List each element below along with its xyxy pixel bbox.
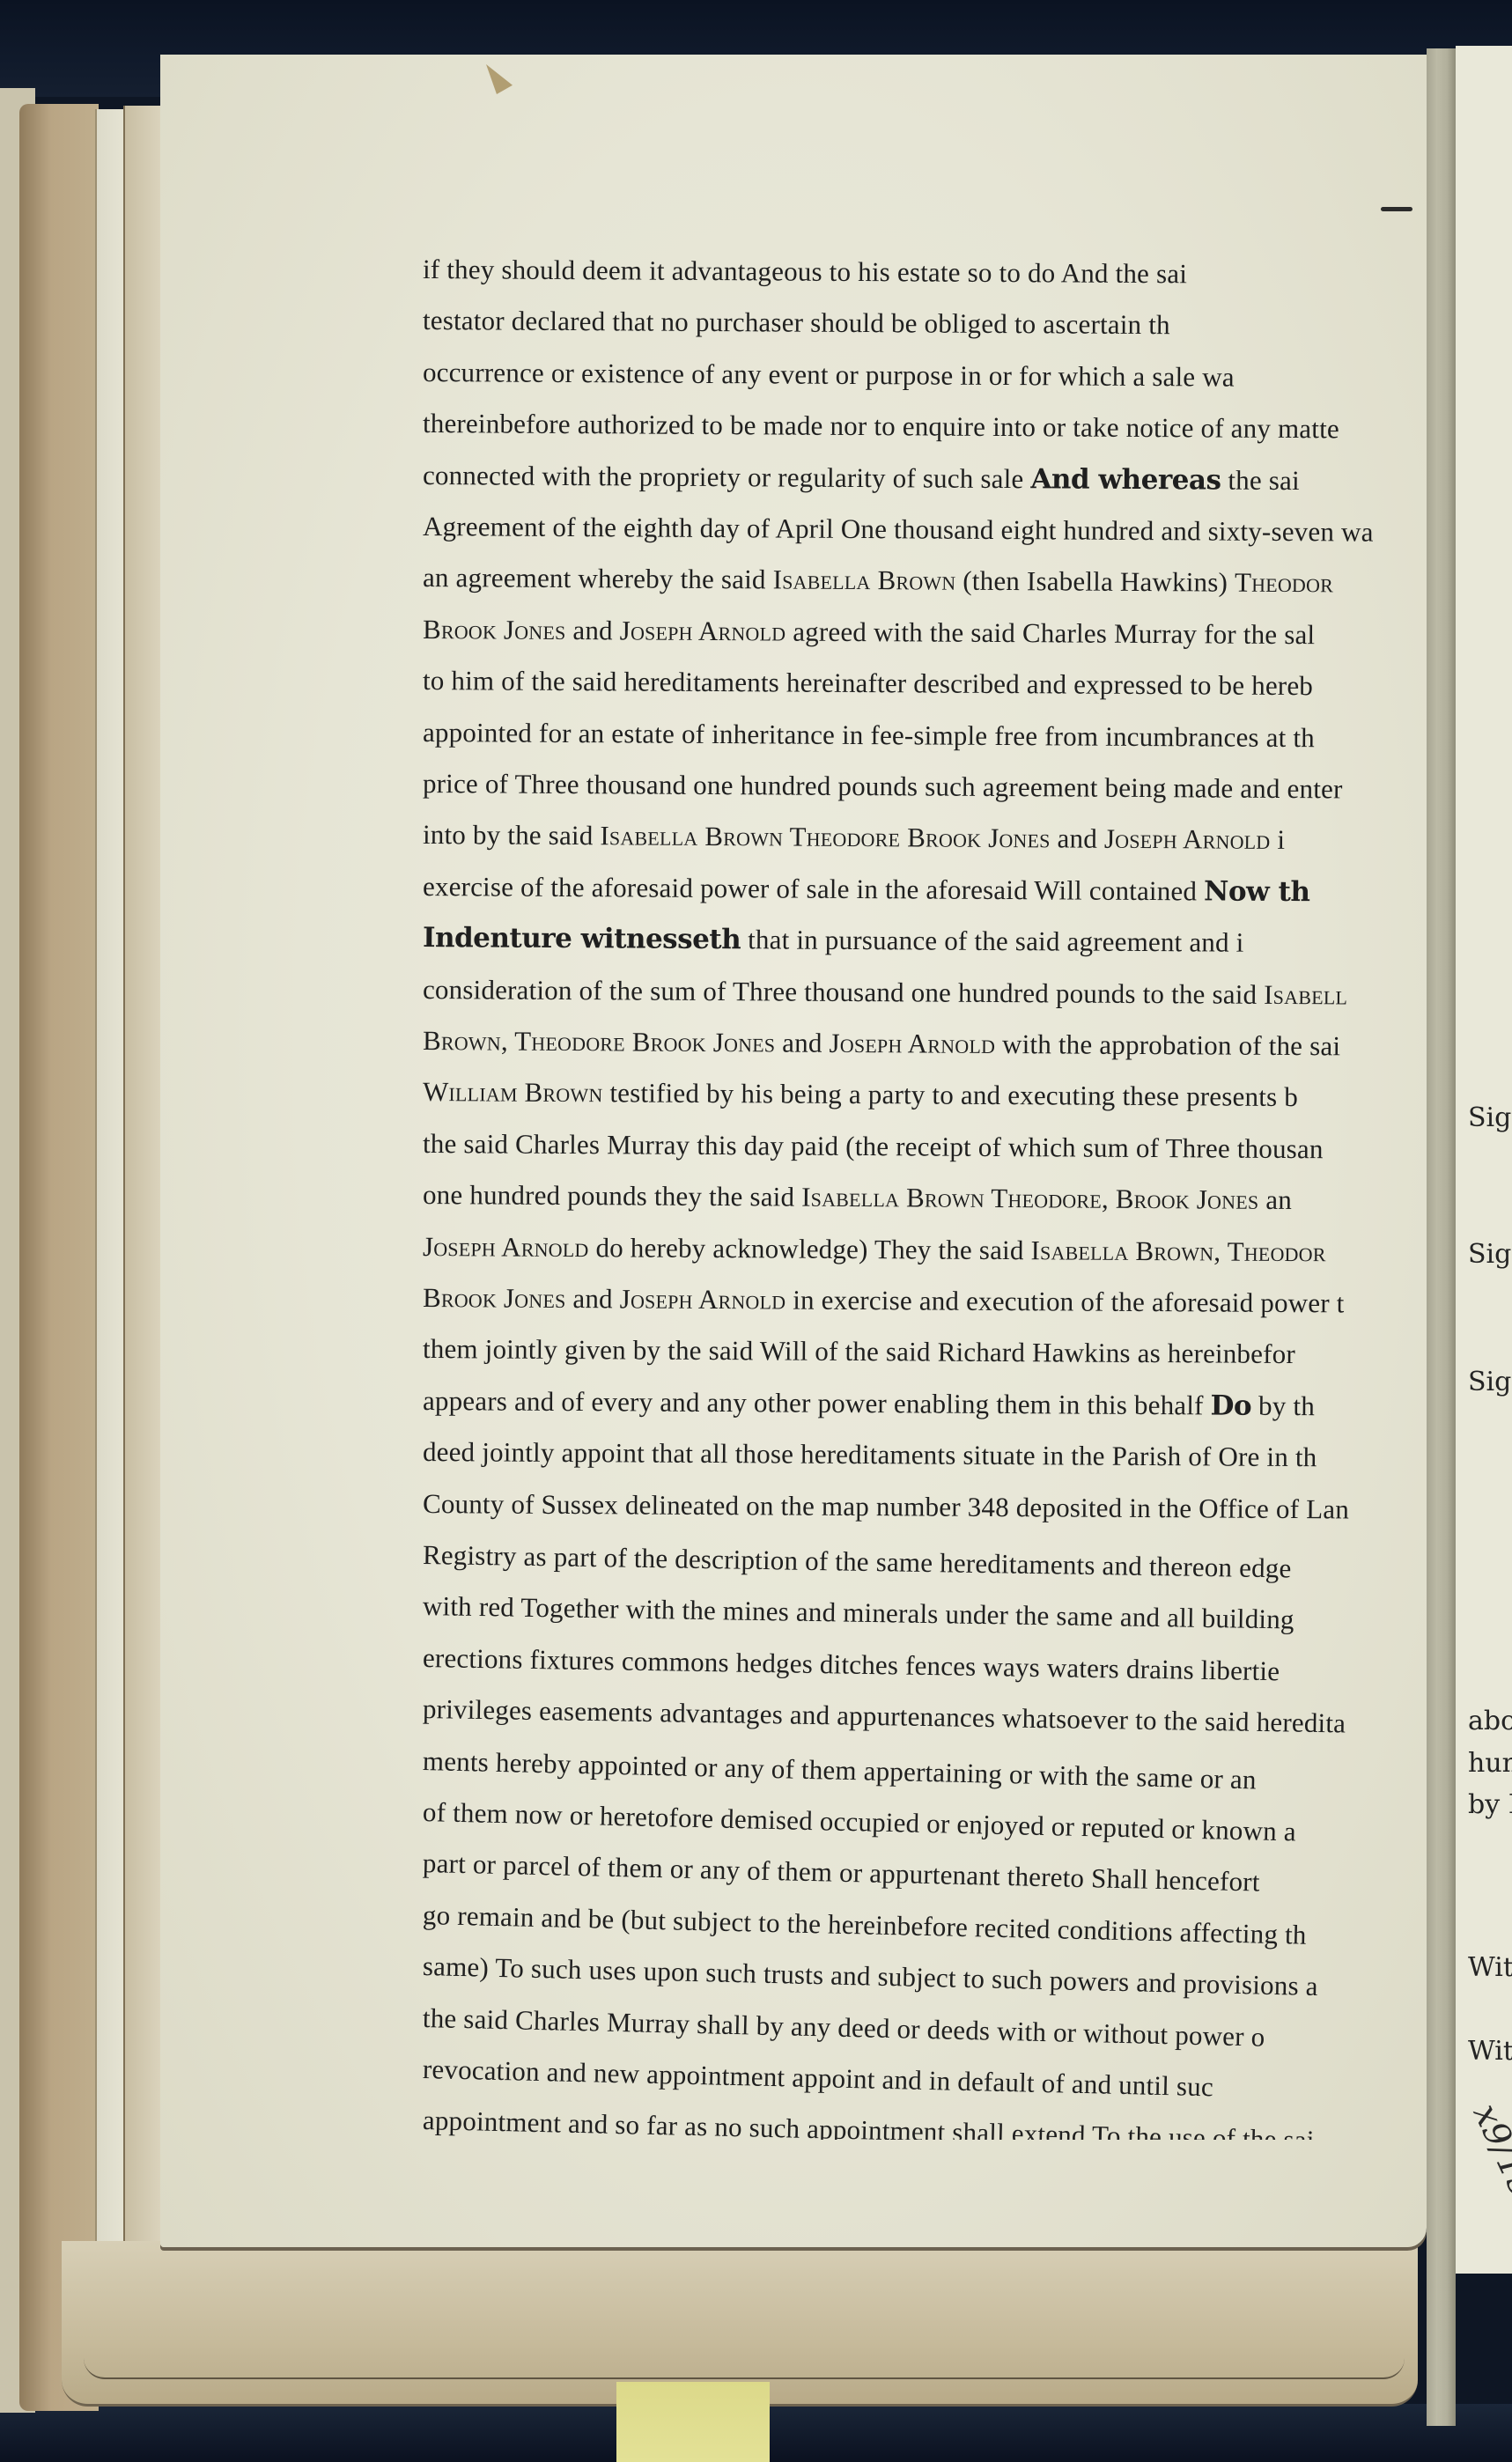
text-line: consideration of the sum of Three thousa… [423,974,1347,1011]
text-run: (then Isabella Hawkins) [955,565,1235,598]
text-run: same) To such uses upon such trusts and … [423,1950,1318,2001]
document-body-text: if they should deem it advantageous to h… [423,247,1427,2140]
text-run: Agreement of the eighth day of April One… [423,511,1374,548]
party-name: Brown, Theodore Brook Jones [423,1025,775,1058]
text-line: William Brown testified by his being a p… [423,1076,1298,1113]
adjacent-page-fragment: hun [1468,1748,1512,1779]
text-run: testified by his being a party to and ex… [602,1078,1298,1113]
text-run: to him of the said hereditaments hereina… [423,665,1313,701]
party-name: Isabell [1264,978,1347,1010]
text-run: by th [1251,1390,1315,1421]
text-run: privileges easements advantages and appu… [423,1693,1346,1738]
text-run: and [1051,823,1104,854]
text-run: with red Together with the mines and min… [423,1590,1294,1635]
party-name: Joseph Arnold [423,1231,589,1263]
text-run: an [1258,1184,1292,1215]
ink-mark [1381,207,1412,211]
text-run: agreed with the said Charles Murray for … [786,615,1315,650]
text-line: erections fixtures commons hedges ditche… [423,1642,1280,1687]
text-line: go remain and be (but subject to the her… [423,1899,1307,1951]
text-run: connected with the propriety or regulari… [423,460,1030,494]
text-line: into by the said Isabella Brown Theodore… [423,819,1285,856]
party-name: Brook Jones [423,614,566,645]
text-run: them jointly given by the said Will of t… [423,1333,1295,1369]
text-line: the said Charles Murray this day paid (t… [423,1128,1324,1165]
text-run: occurrence or existence of any event or … [423,357,1235,393]
text-line: if they should deem it advantageous to h… [423,254,1187,290]
text-run: do hereby acknowledge) They the said [588,1232,1030,1265]
page-stack-edge [19,104,99,2411]
text-run: that in pursuance of the said agreement … [741,924,1244,957]
party-name: Isabella Brown, Theodor [1030,1235,1325,1267]
adjacent-page-fragment: Wit [1468,1952,1512,1983]
text-run: appointment and so far as no such appoin… [423,2104,1315,2140]
text-line: one hundred pounds they the said Isabell… [423,1179,1292,1216]
text-line: County of Sussex delineated on the map n… [423,1488,1349,1525]
text-run: exercise of the aforesaid power of sale … [423,871,1204,906]
text-line: of them now or heretofore demised occupi… [423,1796,1296,1847]
text-line: Brook Jones and Joseph Arnold in exercis… [423,1282,1345,1319]
party-name: Brook Jones [423,1282,566,1314]
adjacent-page-fragment: Wit [1468,2036,1512,2067]
adjacent-page-fragment: abo [1468,1706,1512,1736]
text-run: deed jointly appoint that all those here… [423,1436,1317,1472]
yellow-bookmark-tab[interactable] [616,2382,770,2462]
text-line: Joseph Arnold do hereby acknowledge) The… [423,1231,1326,1268]
party-name: Theodor [1235,567,1333,599]
party-name: Isabella Brown Theodore, Brook Jones [801,1182,1258,1215]
adjacent-page [1456,46,1512,2274]
text-line: the said Charles Murray shall by any dee… [423,2002,1265,2053]
blackletter-phrase: Do [1210,1389,1251,1421]
text-run: with the approbation of the sai [995,1028,1340,1061]
adjacent-page-fragment: Sign [1468,1239,1512,1270]
text-line: privileges easements advantages and appu… [423,1693,1346,1739]
text-line: Brook Jones and Joseph Arnold agreed wit… [423,614,1315,651]
text-run: ments hereby appointed or any of them ap… [423,1745,1257,1795]
text-line: Indenture witnesseth that in pursuance o… [423,922,1244,959]
blackletter-phrase: And whereas [1030,463,1221,496]
text-line: part or parcel of them or any of them or… [423,1847,1260,1898]
text-line: Agreement of the eighth day of April One… [423,511,1374,549]
adjacent-page-fragment: by I [1468,1789,1512,1820]
text-run: into by the said [423,819,601,851]
party-name: Isabella Brown Theodore Brook Jones [600,821,1050,854]
text-run: and [565,1283,619,1314]
text-line: same) To such uses upon such trusts and … [423,1950,1318,2002]
text-line: price of Three thousand one hundred poun… [423,768,1343,805]
text-line: appointment and so far as no such appoin… [423,2104,1315,2140]
text-run: and [775,1027,829,1058]
text-line: connected with the propriety or regulari… [423,460,1300,497]
text-run: Registry as part of the description of t… [423,1539,1292,1583]
text-line: exercise of the aforesaid power of sale … [423,871,1310,908]
adjacent-page-fragment: Sign [1468,1102,1512,1133]
text-line: to him of the said hereditaments hereina… [423,665,1313,702]
text-line: testator declared that no purchaser shou… [423,305,1170,341]
text-run: thereinbefore authorized to be made nor … [423,408,1339,444]
text-run: revocation and new appointment appoint a… [423,2053,1213,2102]
text-run: i [1270,824,1285,855]
blackletter-phrase: Now th [1204,875,1310,908]
text-run: of them now or heretofore demised occupi… [423,1796,1296,1846]
text-run: County of Sussex delineated on the map n… [423,1488,1349,1524]
text-run: sai [1156,258,1187,289]
adjacent-page-fragment: Sign [1468,1367,1512,1397]
text-run: the said Charles Murray this day paid (t… [423,1128,1324,1164]
text-line: occurrence or existence of any event or … [423,357,1235,394]
party-name: Isabella Brown [773,564,956,596]
text-run: appears and of every and any other power… [423,1385,1211,1420]
text-run: the said Charles Murray shall by any dee… [423,2002,1265,2053]
text-line: appointed for an estate of inheritance i… [423,717,1315,754]
party-name: Joseph Arnold [829,1028,995,1059]
text-line: deed jointly appoint that all those here… [423,1436,1317,1473]
text-run: part or parcel of them or any of them or… [423,1847,1260,1898]
party-name: Joseph Arnold [620,615,786,646]
text-line: an agreement whereby the said Isabella B… [423,562,1333,599]
text-run: one hundred pounds they the said [423,1179,801,1213]
text-run: and [565,615,619,645]
party-name: William Brown [423,1076,603,1108]
text-run: if they should deem it advantageous to h… [423,254,1156,289]
text-run: the sai [1221,464,1300,496]
party-name: Joseph Arnold [620,1283,786,1315]
text-run: price of Three thousand one hundred poun… [423,768,1343,804]
text-run: erections fixtures commons hedges ditche… [423,1642,1280,1686]
blackletter-phrase: Indenture witnesseth [423,922,741,955]
text-run: appointed for an estate of inheritance i… [423,717,1315,753]
text-line: ments hereby appointed or any of them ap… [423,1745,1257,1795]
text-run: in exercise and execution of the aforesa… [786,1285,1344,1319]
text-line: them jointly given by the said Will of t… [423,1333,1295,1370]
page-stack-bottom-edge [84,2254,1405,2379]
text-line: thereinbefore authorized to be made nor … [423,408,1339,445]
text-line: Brown, Theodore Brook Jones and Joseph A… [423,1025,1340,1062]
text-run: an agreement whereby the said [423,562,773,594]
text-run: consideration of the sum of Three thousa… [423,974,1264,1010]
text-line: revocation and new appointment appoint a… [423,2053,1213,2103]
text-line: Registry as part of the description of t… [423,1539,1292,1584]
text-line: appears and of every and any other power… [423,1385,1315,1422]
party-name: Joseph Arnold [1104,823,1271,855]
text-line: with red Together with the mines and min… [423,1590,1294,1636]
book-gutter [1427,48,1456,2426]
text-run: testator declared that no purchaser shou… [423,305,1170,340]
text-run: go remain and be (but subject to the her… [423,1899,1307,1950]
